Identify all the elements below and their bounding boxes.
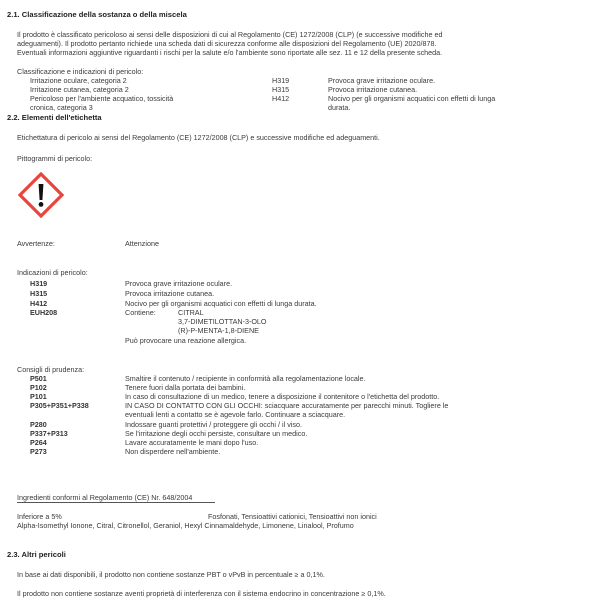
precaution-code: P337+P313 <box>30 429 68 438</box>
ingredients-title-underline <box>17 502 215 503</box>
precautionary-statements-label: Consigli di prudenza: <box>17 365 84 374</box>
classification-text: Provoca irritazione cutanea. <box>328 85 417 94</box>
section-2-3-line: In base ai dati disponibili, il prodotto… <box>17 570 325 579</box>
classification-category: Irritazione cutanea, categoria 2 <box>30 85 129 94</box>
section-2-1-title: 2.1. Classificazione della sostanza o de… <box>7 10 187 19</box>
hazard-text: Provoca grave irritazione oculare. <box>125 279 232 288</box>
precaution-code: P273 <box>30 447 47 456</box>
ingredients-title: Ingredienti conformi al Regolamento (CE)… <box>17 493 192 502</box>
section-2-1-paragraph-line: Il prodotto è classificato pericoloso ai… <box>17 30 442 39</box>
precaution-text: Lavare accuratamente le mani dopo l'uso. <box>125 438 258 447</box>
classification-code: H319 <box>272 76 289 85</box>
classification-category: Irritazione oculare, categoria 2 <box>30 76 127 85</box>
allergic-note: Può provocare una reazione allergica. <box>125 336 246 345</box>
precaution-code: P501 <box>30 374 47 383</box>
pictograms-label: Pittogrammi di pericolo: <box>17 154 92 163</box>
precaution-text: IN CASO DI CONTATTO CON GLI OCCHI: sciac… <box>125 401 448 410</box>
precaution-code: P102 <box>30 383 47 392</box>
precaution-text-cont: eventuali lenti a contatto se è agevole … <box>125 410 345 419</box>
hazard-code: EUH208 <box>30 308 57 317</box>
classification-code: H315 <box>272 85 289 94</box>
precaution-code: P305+P351+P338 <box>30 401 89 410</box>
classification-code: H412 <box>272 94 289 103</box>
ingredients-threshold: Inferiore a 5% <box>17 512 62 521</box>
ingredients-list: Fosfonati, Tensioattivi cationici, Tensi… <box>208 512 377 521</box>
hazard-text: Contiene: <box>125 308 156 317</box>
precaution-text: Indossare guanti protettivi / proteggere… <box>125 420 302 429</box>
classification-label: Classificazione e indicazioni di pericol… <box>17 67 143 76</box>
hazard-code: H315 <box>30 289 47 298</box>
precaution-text: Smaltire il contenuto / recipiente in co… <box>125 374 366 383</box>
label-intro: Etichettatura di pericolo ai sensi del R… <box>17 133 380 142</box>
classification-text: Nocivo per gli organismi acquatici con e… <box>328 94 495 103</box>
section-2-2-title: 2.2. Elementi dell'etichetta <box>7 113 102 122</box>
contains-substance: (R)-P-MENTA-1,8-DIENE <box>178 326 259 335</box>
contains-substance: 3,7-DIMETILOTTAN-3-OLO <box>178 317 267 326</box>
signal-word-label: Avvertenze: <box>17 239 55 248</box>
precaution-code: P264 <box>30 438 47 447</box>
section-2-3-title: 2.3. Altri pericoli <box>7 550 66 559</box>
contains-substance: CITRAL <box>178 308 204 317</box>
precaution-text: In caso di consultazione di un medico, t… <box>125 392 439 401</box>
classification-text: Provoca grave irritazione oculare. <box>328 76 435 85</box>
hazard-statements-label: Indicazioni di pericolo: <box>17 268 88 277</box>
precaution-code: P101 <box>30 392 47 401</box>
hazard-text: Nocivo per gli organismi acquatici con e… <box>125 299 317 308</box>
classification-category: Pericoloso per l'ambiente acquatico, tos… <box>30 94 173 103</box>
hazard-code: H319 <box>30 279 47 288</box>
exclamation-mark-ghs07-icon <box>18 172 64 218</box>
precaution-code: P280 <box>30 420 47 429</box>
ingredients-fragrance: Alpha-Isomethyl Ionone, Citral, Citronel… <box>17 521 354 530</box>
precaution-text: Se l'irritazione degli occhi persiste, c… <box>125 429 307 438</box>
hazard-text: Provoca irritazione cutanea. <box>125 289 214 298</box>
precaution-text: Tenere fuori dalla portata dei bambini. <box>125 383 245 392</box>
hazard-code: H412 <box>30 299 47 308</box>
precaution-text: Non disperdere nell'ambiente. <box>125 447 220 456</box>
section-2-1-paragraph-line: Eventuali informazioni aggiuntive riguar… <box>17 48 442 57</box>
section-2-1-paragraph-line: adeguamenti). Il prodotto pertanto richi… <box>17 39 437 48</box>
section-2-3-line: Il prodotto non contiene sostanze aventi… <box>17 589 386 598</box>
classification-text-cont: durata. <box>328 103 350 112</box>
signal-word: Attenzione <box>125 239 159 248</box>
classification-category-cont: cronica, categoria 3 <box>30 103 93 112</box>
